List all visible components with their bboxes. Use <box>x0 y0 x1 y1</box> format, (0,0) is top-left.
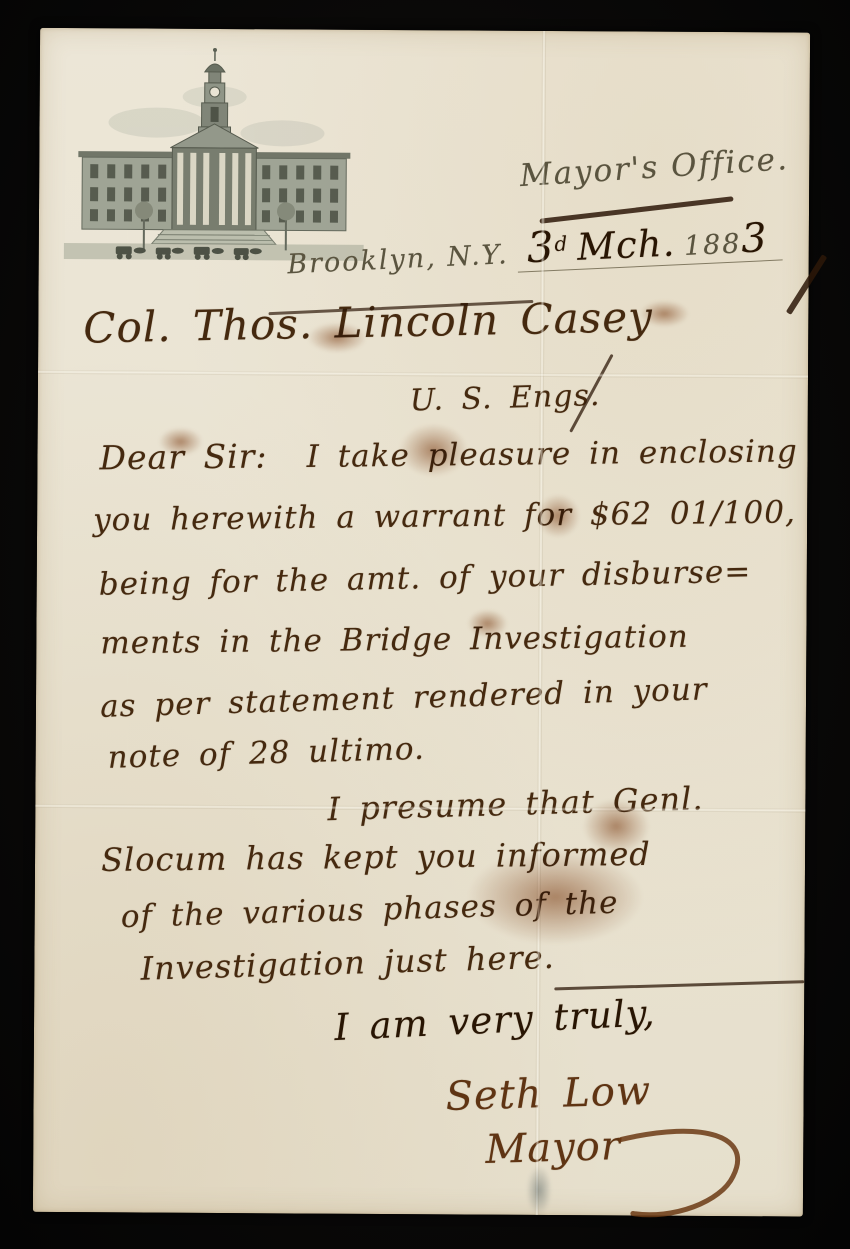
fold-crease-horizontal <box>38 370 808 379</box>
signature: Seth Low <box>445 1068 652 1120</box>
body-line: Investigation just here. <box>140 938 555 988</box>
signature-swash <box>613 1117 784 1238</box>
ink-stain <box>158 427 204 457</box>
body-line: ments in the Bridge Investigation <box>100 619 689 662</box>
body-line: I take pleasure in enclosing <box>306 433 798 475</box>
recipient-name: Col. Thos. Lincoln Casey <box>83 292 653 352</box>
ink-stain <box>535 493 581 539</box>
ink-flourish <box>554 980 804 990</box>
date-day-suffix: d <box>554 231 569 256</box>
gray-stain <box>525 1163 553 1218</box>
ink-stain <box>306 322 368 354</box>
letterhead-office-line: Mayor's Office. <box>488 139 820 196</box>
place-printed: Brooklyn, N.Y. <box>287 239 510 280</box>
ink-stain <box>397 422 469 478</box>
date-fill-rule: 3d Mch. 1883 <box>516 226 782 272</box>
ink-stain <box>638 300 690 328</box>
ink-flourish <box>786 254 827 315</box>
body-line: as per statement rendered in your <box>100 671 708 724</box>
body-line: being for the amt. of your disburse= <box>98 554 751 603</box>
ink-stain <box>463 846 649 947</box>
date-month: Mch. <box>576 221 676 268</box>
recipient-corps: U. S. Engs. <box>409 378 600 418</box>
ink-stain <box>581 797 651 855</box>
letter-paper: Mayor's Office. Brooklyn, N.Y. 3d Mch. 1… <box>33 28 810 1217</box>
closing: I am very truly, <box>333 991 656 1049</box>
year-handwritten: 3 <box>740 215 769 262</box>
photograph-stage: Mayor's Office. Brooklyn, N.Y. 3d Mch. 1… <box>0 0 850 1249</box>
year-printed: 188 <box>683 228 742 262</box>
ink-stain <box>466 608 508 638</box>
body-line: you herewith a warrant for $62 01/100, <box>93 494 796 538</box>
body-line: note of 28 ultimo. <box>107 731 425 776</box>
signature-title: Mayor <box>485 1123 622 1173</box>
